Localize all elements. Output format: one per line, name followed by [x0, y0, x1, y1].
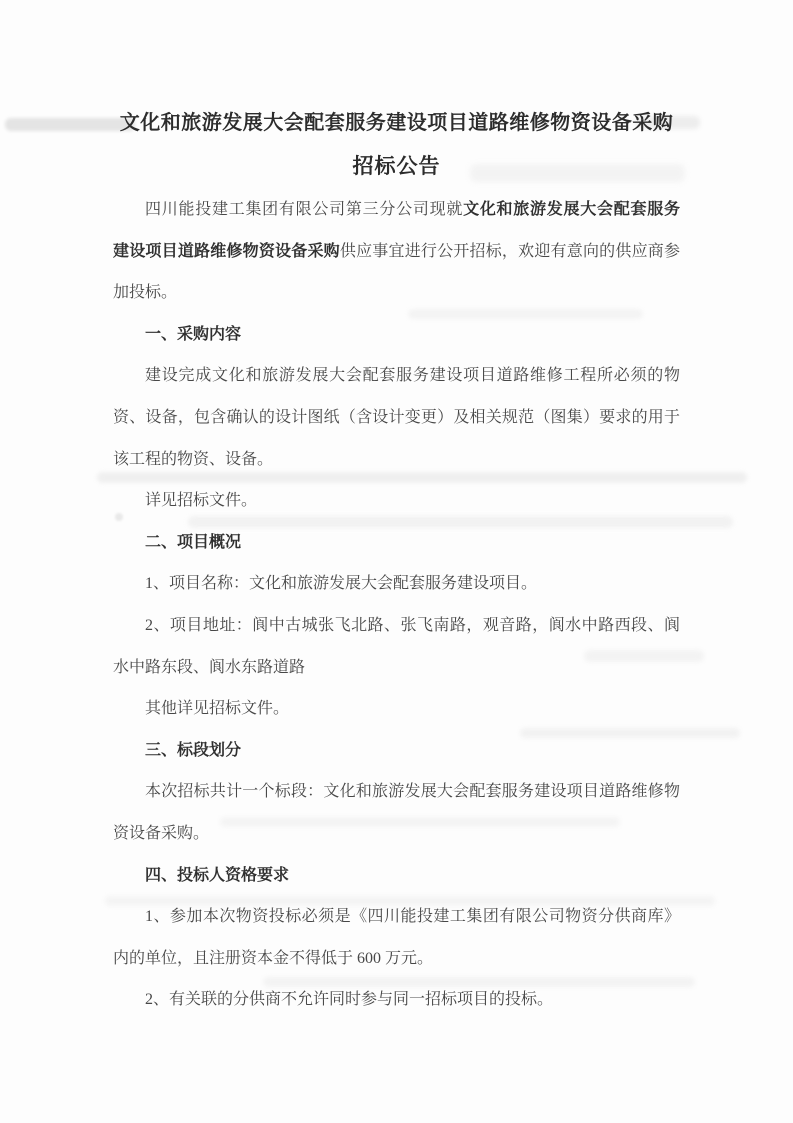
section2-line-3: 水中路东段、阆水东路道路 — [113, 647, 680, 689]
section4-line-3: 2、有关联的分供商不允许同时参与同一招标项目的投标。 — [113, 979, 680, 1021]
intro-line-1-regular: 四川能投建工集团有限公司第三分公司现就 — [145, 201, 463, 218]
intro-line-2-regular: 供应事宜进行公开招标，欢迎有意向的供应商参 — [340, 243, 680, 260]
section2-line-2: 2、项目地址：阆中古城张飞北路、张飞南路，观音路，阆水中路西段、阆 — [113, 605, 680, 647]
section1-line-1: 建设完成文化和旅游发展大会配套服务建设项目道路维修工程所必须的物 — [113, 355, 680, 397]
scanned-document-page: 文化和旅游发展大会配套服务建设项目道路维修物资设备采购 招标公告 四川能投建工集… — [0, 0, 793, 1123]
section2-line-1: 1、项目名称：文化和旅游发展大会配套服务建设项目。 — [113, 563, 680, 605]
document-title-line1: 文化和旅游发展大会配套服务建设项目道路维修物资设备采购 — [113, 101, 680, 145]
section1-line-4: 详见招标文件。 — [113, 480, 680, 522]
section3-line-2: 资设备采购。 — [113, 813, 680, 855]
document-title-line2: 招标公告 — [113, 145, 680, 189]
section2-line-4: 其他详见招标文件。 — [113, 688, 680, 730]
section4-heading: 四、投标人资格要求 — [113, 855, 680, 897]
intro-line-1-bold: 文化和旅游发展大会配套服务 — [463, 201, 680, 218]
intro-line-3: 加投标。 — [113, 272, 680, 314]
section2-heading: 二、项目概况 — [113, 522, 680, 564]
section1-line-2: 资、设备，包含确认的设计图纸（含设计变更）及相关规范（图集）要求的用于 — [113, 397, 680, 439]
section4-line-1: 1、参加本次物资投标必须是《四川能投建工集团有限公司物资分供商库》 — [113, 896, 680, 938]
section1-heading: 一、采购内容 — [113, 314, 680, 356]
intro-line-2-bold: 建设项目道路维修物资设备采购 — [113, 243, 340, 260]
section3-heading: 三、标段划分 — [113, 730, 680, 772]
section1-line-3: 该工程的物资、设备。 — [113, 439, 680, 481]
intro-line-1: 四川能投建工集团有限公司第三分公司现就文化和旅游发展大会配套服务 — [113, 189, 680, 231]
section3-line-1: 本次招标共计一个标段：文化和旅游发展大会配套服务建设项目道路维修物 — [113, 771, 680, 813]
section4-line-2: 内的单位，且注册资本金不得低于 600 万元。 — [113, 938, 680, 980]
document-content: 文化和旅游发展大会配套服务建设项目道路维修物资设备采购 招标公告 四川能投建工集… — [113, 101, 680, 1021]
intro-line-2: 建设项目道路维修物资设备采购供应事宜进行公开招标，欢迎有意向的供应商参 — [113, 231, 680, 273]
